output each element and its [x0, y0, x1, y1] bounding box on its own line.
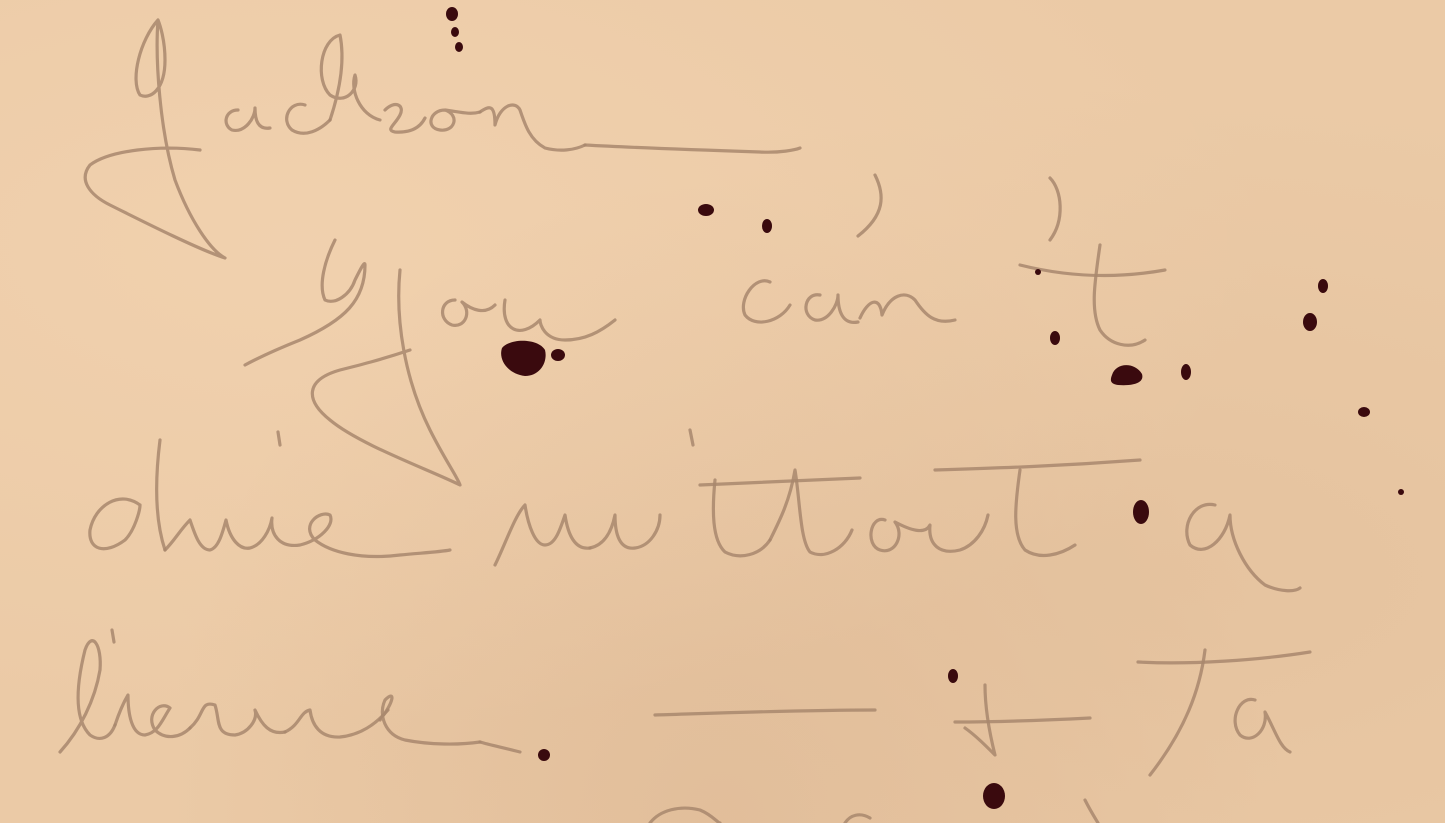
handwriting-license-to: [60, 630, 1310, 775]
handwritten-note-paper: Jackson You can't drive without a licens…: [0, 0, 1445, 823]
ink-blots: [446, 7, 1404, 809]
handwriting-strokes: [0, 0, 1445, 823]
handwriting-jackson: [85, 20, 800, 258]
handwriting-drive-without-a: [90, 430, 1300, 591]
handwriting-you-cant: [245, 240, 1165, 485]
